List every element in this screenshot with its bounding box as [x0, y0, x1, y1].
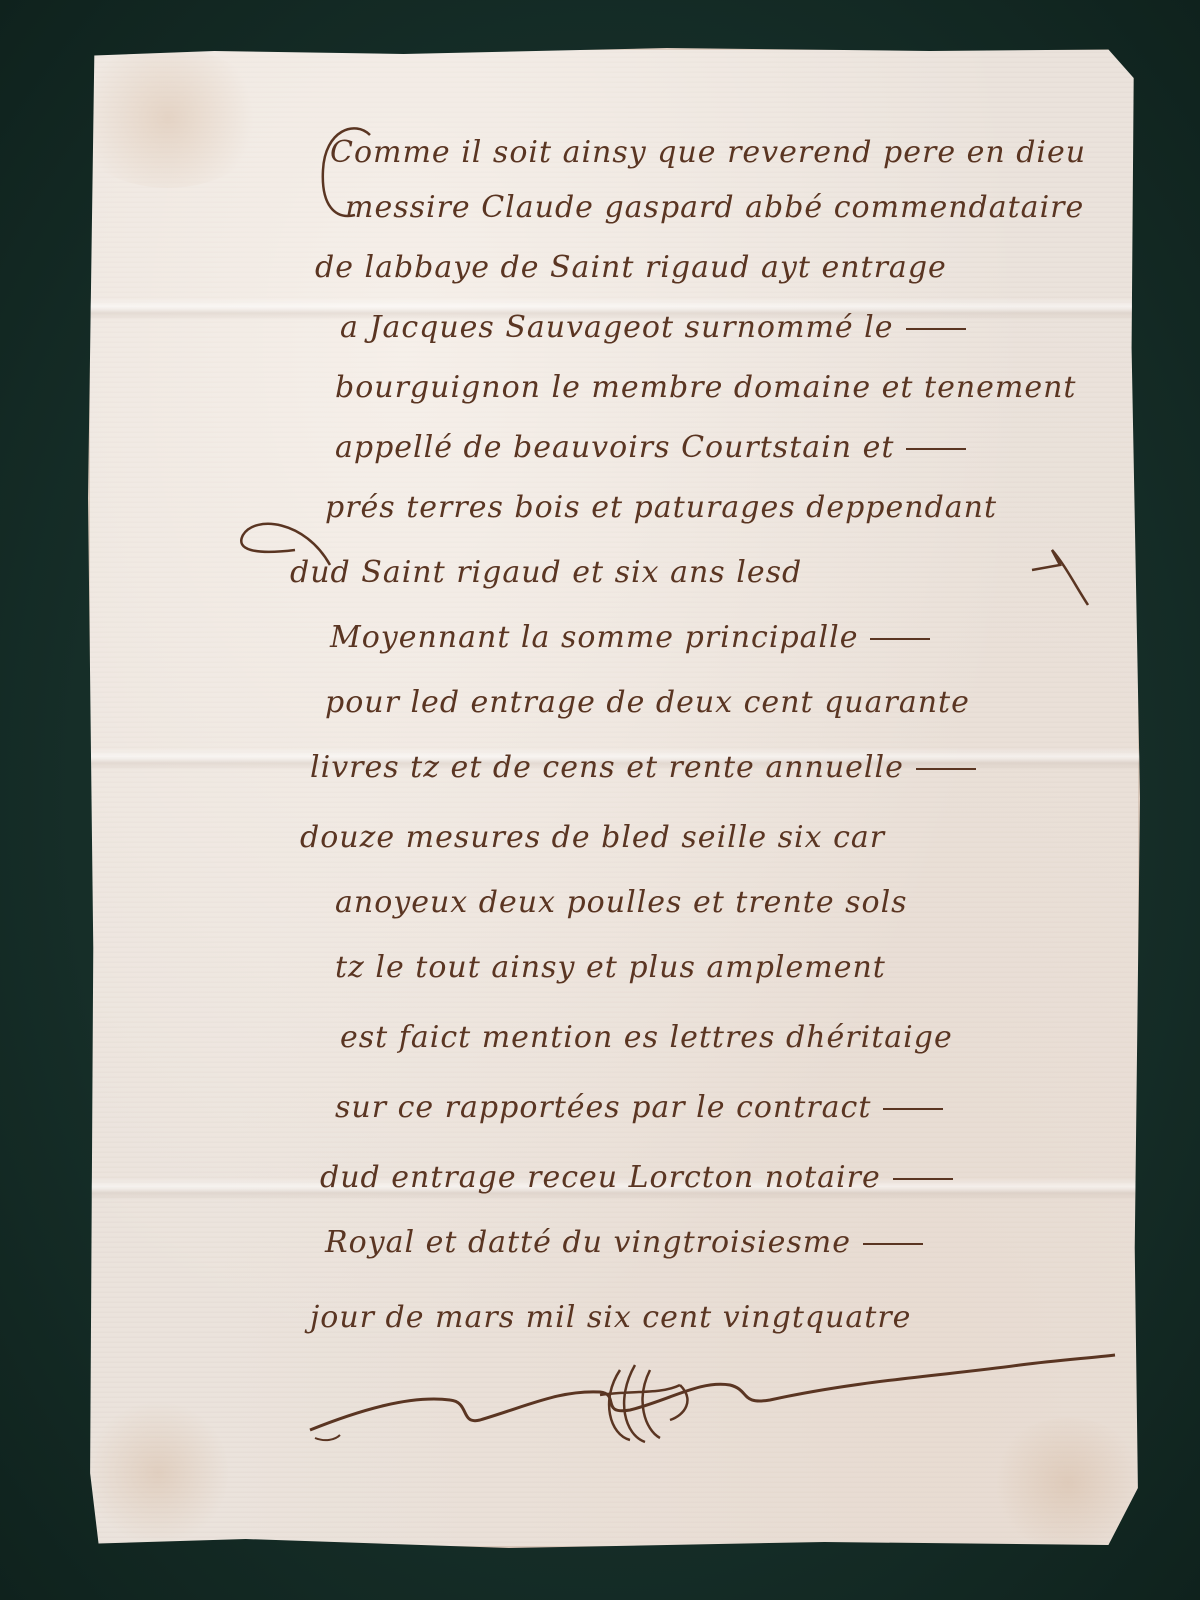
paper-stain	[68, 48, 268, 188]
line-end-flourish-icon	[1030, 540, 1090, 610]
initial-flourish-icon	[235, 510, 335, 580]
text-line-1: Comme il soit ainsy que reverend pere en…	[330, 135, 1086, 170]
paper-stain	[88, 1398, 228, 1548]
text-line-7: prés terres bois et paturages deppendant	[325, 490, 997, 525]
text-line-3: de labbaye de Saint rigaud ayt entrage	[315, 250, 947, 285]
text-line-12: douze mesures de bled seille six car	[300, 820, 885, 855]
text-line-10: pour led entrage de deux cent quarante	[325, 685, 970, 720]
text-line-13: anoyeux deux poulles et trente sols	[335, 885, 908, 920]
text-line-2: messire Claude gaspard abbé commendatair…	[345, 190, 1084, 225]
text-line-15: est faict mention es lettres dhéritaige	[340, 1020, 953, 1055]
text-line-14: tz le tout ainsy et plus amplement	[335, 950, 886, 985]
text-line-8: dud Saint rigaud et six ans lesd	[290, 555, 802, 590]
text-line-5: bourguignon le membre domaine et tenemen…	[335, 370, 1076, 405]
signature-paraph-icon	[300, 1340, 1120, 1450]
text-line-17: dud entrage receu Lorcton notaire	[320, 1160, 953, 1195]
text-line-9: Moyennant la somme principalle	[330, 620, 930, 655]
text-line-4: a Jacques Sauvageot surnommé le	[340, 310, 966, 345]
text-line-19: jour de mars mil six cent vingtquatre	[310, 1300, 911, 1335]
text-line-18: Royal et datté du vingtroisiesme	[325, 1225, 923, 1260]
text-line-16: sur ce rapportées par le contract	[335, 1090, 943, 1125]
text-line-11: livres tz et de cens et rente annuelle	[310, 750, 976, 785]
initial-c-flourish-icon	[315, 120, 375, 230]
text-line-6: appellé de beauvoirs Courtstain et	[335, 430, 966, 465]
